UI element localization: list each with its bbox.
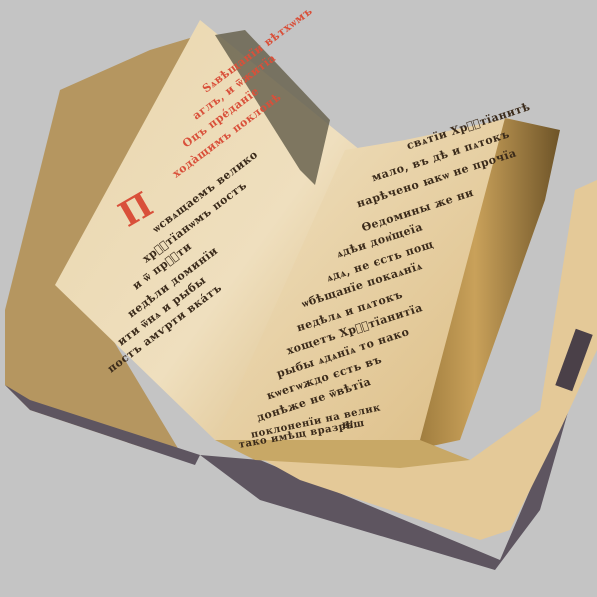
page-number: ві (342, 420, 354, 431)
book-illustration (0, 0, 597, 597)
photo-scene: Ѕѧвѣщанїи вѣтхѡмъ аглъ, и ѿжитїа Оцъ пре… (0, 0, 597, 597)
